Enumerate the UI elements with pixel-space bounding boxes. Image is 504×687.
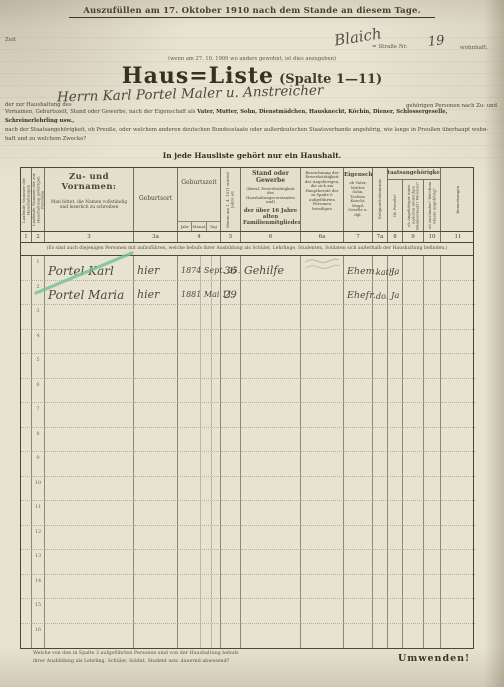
cell-age-handwriting: 36: [224, 266, 237, 277]
cell-remarks: [441, 599, 475, 624]
table-row: 7: [21, 403, 473, 428]
cell-workplace: [301, 330, 344, 355]
cell-other-state: [403, 428, 424, 453]
cell-prussian: [388, 452, 403, 477]
cell-occupation: [241, 403, 301, 428]
cell-age: [221, 599, 241, 624]
zeit-label: Zeit: [5, 37, 16, 43]
cell-remarks: [441, 379, 475, 404]
cell-relation: [344, 403, 373, 428]
cell-foreign: [424, 330, 441, 355]
cell-occupation: [241, 281, 301, 306]
cell-religion: [373, 501, 388, 526]
cell-household-no: [21, 550, 32, 575]
cell-foreign: [424, 501, 441, 526]
column-number: 4: [178, 232, 221, 242]
cell-occupation: Gehilfe: [241, 256, 301, 281]
cell-prussian: [388, 624, 403, 649]
cell-birthdate: [178, 624, 221, 649]
cell-workplace: [301, 379, 344, 404]
column-number: 8: [388, 232, 403, 242]
cell-foreign: [424, 354, 441, 379]
intro-line-1: der zur Haushaltung des Herrn Karl Porte…: [5, 97, 499, 108]
header-day: Tag: [207, 222, 220, 231]
cell-foreign: [424, 452, 441, 477]
header-birthdate-subcolumns: Jahr Monat Tag: [178, 221, 220, 231]
cell-religion: [373, 403, 388, 428]
table-row: 12: [21, 526, 473, 551]
intro-paragraph: der zur Haushaltung des Herrn Karl Porte…: [5, 97, 499, 144]
cell-birthdate: [178, 550, 221, 575]
cell-birthdate: [178, 599, 221, 624]
cell-birthplace: [134, 477, 178, 502]
cell-prussian: Ja: [388, 256, 403, 281]
cell-other-state: [403, 305, 424, 330]
header-birthdate: Geburtszeit Jahr Monat Tag: [178, 168, 221, 231]
cell-age: [221, 550, 241, 575]
cell-relation: [344, 428, 373, 453]
cell-religion: kath.: [373, 256, 388, 281]
table-body: 1Portel Karlhier1874 Sept. 25.36GehilfeE…: [20, 256, 474, 649]
table-row: 11: [21, 501, 473, 526]
cell-birthplace: [134, 550, 178, 575]
header-birthplace: Geburtsort: [134, 168, 178, 231]
handwritten-household-head: Herrn Karl Portel Maler u. Anstreicher: [57, 87, 324, 103]
intro-line-5: haft und zu welchem Zwecke?: [5, 135, 499, 144]
cell-person-no: 1: [32, 256, 45, 281]
cell-remarks: [441, 403, 475, 428]
cell-remarks: [441, 477, 475, 502]
cell-relation: [344, 452, 373, 477]
cell-relation: [344, 599, 373, 624]
top-instruction: Auszufüllen am 17. Oktober 1910 nach dem…: [0, 6, 504, 16]
cell-workplace: [301, 403, 344, 428]
cell-remarks: [441, 305, 475, 330]
cell-household-no: [21, 526, 32, 551]
table-header: Laufende Nummer der Haushaltungen Laufen…: [20, 167, 474, 231]
cell-birthdate: [178, 526, 221, 551]
cell-foreign: [424, 575, 441, 600]
cell-remarks: [441, 428, 475, 453]
cell-name-handwriting: Portel Maria: [48, 288, 124, 302]
cell-other-state: [403, 330, 424, 355]
header-religion-text: Religionsbekenntnis: [378, 179, 382, 219]
header-relation-title: Eigenschaft: [344, 172, 372, 178]
table-row: 5: [21, 354, 473, 379]
cell-person-no: 15: [32, 599, 45, 624]
cell-name: [45, 624, 134, 649]
cell-prussian: [388, 428, 403, 453]
cell-name: [45, 354, 134, 379]
cell-relation: Ehem.: [344, 256, 373, 281]
table-row: 8: [21, 428, 473, 453]
cell-religion: [373, 330, 388, 355]
cell-relation: [344, 624, 373, 649]
cell-other-state: [403, 575, 424, 600]
street-number-label: = Straße Nr.: [372, 44, 408, 50]
table-row: 9: [21, 452, 473, 477]
cell-relation: [344, 526, 373, 551]
cell-remarks: [441, 281, 475, 306]
scanned-census-form-page: Auszufüllen am 17. Oktober 1910 nach dem…: [0, 0, 504, 687]
handwritten-house-number: 19: [427, 33, 445, 50]
cell-occupation: [241, 305, 301, 330]
header-person-number-text: Laufende Nummer der zur Haushaltung gehö…: [32, 171, 44, 229]
cell-workplace: [301, 575, 344, 600]
cell-age: [221, 428, 241, 453]
footer-question-line2: ihrer Ausbildung als Lehrling, Schüler, …: [33, 658, 239, 666]
cell-other-state: [403, 256, 424, 281]
intro-tail: gehörigen Personen nach Zu- und: [406, 102, 497, 111]
cell-other-state: [403, 501, 424, 526]
cell-birthplace: [134, 403, 178, 428]
column-number: 11: [441, 232, 475, 242]
column-number: 7a: [373, 232, 388, 242]
cell-person-no: 12: [32, 526, 45, 551]
cell-occupation: [241, 599, 301, 624]
cell-name: [45, 305, 134, 330]
cell-person-no: 3: [32, 305, 45, 330]
cell-occupation: [241, 354, 301, 379]
one-household-rule: In jede Hausliste gehört nur ein Haushal…: [0, 151, 504, 160]
cell-remarks: [441, 550, 475, 575]
cell-prussian: [388, 501, 403, 526]
cell-birthdate: [178, 575, 221, 600]
cell-other-state: [403, 379, 424, 404]
cell-birthplace: [134, 354, 178, 379]
cell-age: [221, 330, 241, 355]
cell-occupation: [241, 379, 301, 404]
table-row: 16: [21, 624, 473, 649]
intro-line-3: Schreinerlehrling usw.,: [5, 117, 499, 126]
cell-birthplace: [134, 330, 178, 355]
cell-person-no: 4: [32, 330, 45, 355]
table-row: 1Portel Karlhier1874 Sept. 25.36GehilfeE…: [21, 256, 473, 281]
cell-name: [45, 452, 134, 477]
cell-birthplace: [134, 305, 178, 330]
cell-foreign: [424, 256, 441, 281]
header-prussian: Ob Preuße?: [388, 180, 403, 231]
cell-household-no: [21, 428, 32, 453]
cell-birthdate: [178, 477, 221, 502]
cell-prussian: [388, 403, 403, 428]
cell-foreign: [424, 550, 441, 575]
cell-person-no: 7: [32, 403, 45, 428]
cell-name-handwriting: Portel Karl: [48, 264, 114, 278]
cell-occupation: [241, 477, 301, 502]
cell-occupation: [241, 428, 301, 453]
cell-occupation: [241, 330, 301, 355]
cell-occupation: [241, 575, 301, 600]
cell-relation: [344, 379, 373, 404]
header-prussian-text: Ob Preuße?: [393, 194, 397, 217]
cell-remarks: [441, 330, 475, 355]
cell-foreign: [424, 379, 441, 404]
cell-foreign: [424, 403, 441, 428]
table-row: 13: [21, 550, 473, 575]
footer-question-line1: Welche von den in Spalte 3 aufgeführten …: [33, 650, 239, 658]
column-number: 6: [241, 232, 301, 242]
column-number: 10: [424, 232, 441, 242]
cell-other-state: [403, 403, 424, 428]
cell-relation-handwriting: Ehem.: [347, 266, 378, 277]
header-workplace: Bezeichnung der Erwerbstätigkeit der Ang…: [301, 168, 344, 231]
header-names-sub: Man bittet, die Namen vollständig und le…: [45, 200, 133, 210]
cell-religion: [373, 599, 388, 624]
house-list-table: Laufende Nummer der Haushaltungen Laufen…: [20, 167, 474, 649]
cell-age: 29: [221, 281, 241, 306]
header-names-title: Zu- und Vornamen:: [45, 173, 133, 193]
header-age-text: Waren am 1. 4. 1911 wieviel Jahre alt: [226, 171, 235, 229]
turn-over-label: Umwenden!: [398, 653, 470, 664]
header-foreigner-text: ob Ausländer? Welchem Staate angehörig?: [428, 180, 437, 231]
cell-name: [45, 575, 134, 600]
cell-religion: [373, 379, 388, 404]
intro-line-4: nach der Staatsangehörigkeit, ob Preuße,…: [5, 126, 499, 135]
cell-prussian: [388, 379, 403, 404]
cell-occupation: [241, 501, 301, 526]
cell-age: [221, 575, 241, 600]
cell-person-no: 2: [32, 281, 45, 306]
header-names: Zu- und Vornamen: Man bittet, die Namen …: [45, 168, 134, 231]
cell-age: [221, 477, 241, 502]
cell-religion: [373, 452, 388, 477]
cell-household-no: [21, 379, 32, 404]
cell-workplace: [301, 624, 344, 649]
cell-occupation-handwriting: Gehilfe: [244, 264, 284, 277]
cell-age: [221, 379, 241, 404]
cell-birthdate: [178, 354, 221, 379]
cell-birthplace: [134, 575, 178, 600]
cell-birthdate: [178, 305, 221, 330]
cell-other-state: [403, 354, 424, 379]
cell-relation: [344, 501, 373, 526]
header-occupation-sub: (Beruf, Erwerbstätigkeit des Haushaltung…: [243, 187, 298, 205]
cell-foreign: [424, 599, 441, 624]
cell-household-no: [21, 575, 32, 600]
header-occupation-bold: der über 16 Jahre alten Familienmitglied…: [243, 208, 298, 227]
cell-person-no: 10: [32, 477, 45, 502]
cell-occupation: [241, 550, 301, 575]
cell-relation: [344, 575, 373, 600]
cell-other-state: [403, 281, 424, 306]
cell-remarks: [441, 575, 475, 600]
header-household-number: Laufende Nummer der Haushaltungen: [21, 168, 32, 231]
cell-workplace: [301, 501, 344, 526]
cell-workplace: [301, 305, 344, 330]
column-numbers-row: 1233a4566a77a891011: [20, 231, 474, 243]
cell-religion: [373, 624, 388, 649]
header-citizenship-group: Staatsangehörigkeit: [388, 168, 441, 180]
column-number: 6a: [301, 232, 344, 242]
column-number: 7: [344, 232, 373, 242]
header-year: Jahr: [178, 222, 192, 231]
cell-household-no: [21, 330, 32, 355]
header-occupation: Stand oder Gewerbe (Beruf, Erwerbstätigk…: [241, 168, 301, 231]
cell-workplace: [301, 452, 344, 477]
cell-remarks: [441, 501, 475, 526]
header-relation: Eigenschaft ob Vater, Mutter, Sohn, Toch…: [344, 168, 373, 231]
cell-name: [45, 428, 134, 453]
cell-person-no: 6: [32, 379, 45, 404]
cell-workplace: [301, 428, 344, 453]
header-month: Monat: [192, 222, 206, 231]
cell-birthplace: hier: [134, 256, 178, 281]
cell-birthdate: 1881 Mai 11.: [178, 281, 221, 306]
cell-prussian: [388, 477, 403, 502]
cell-remarks: [441, 256, 475, 281]
cell-household-no: [21, 403, 32, 428]
cell-relation: [344, 477, 373, 502]
cell-remarks: [441, 526, 475, 551]
column-number: 3a: [134, 232, 178, 242]
cell-religion: do.: [373, 281, 388, 306]
cell-foreign: [424, 526, 441, 551]
table-row: 4: [21, 330, 473, 355]
cell-household-no: [21, 305, 32, 330]
cell-age: [221, 354, 241, 379]
cell-name: [45, 403, 134, 428]
header-religion: Religionsbekenntnis: [373, 168, 388, 231]
table-row: 10: [21, 477, 473, 502]
cell-remarks: [441, 452, 475, 477]
cell-household-no: [21, 624, 32, 649]
cell-age: [221, 501, 241, 526]
cell-religion: [373, 477, 388, 502]
cell-workplace: [301, 477, 344, 502]
table-row: 15: [21, 599, 473, 624]
previous-residence-note: (wenn am 27. 10. 1909 wo anders gewohnt,…: [0, 56, 504, 62]
cell-religion: [373, 526, 388, 551]
cell-birthplace: [134, 526, 178, 551]
header-occupation-title: Stand oder Gewerbe: [241, 171, 300, 185]
header-birthdate-title: Geburtszeit: [178, 180, 220, 221]
cell-birthdate: [178, 403, 221, 428]
cell-relation: [344, 550, 373, 575]
cell-person-no: 11: [32, 501, 45, 526]
header-birthplace-text: Geburtsort: [139, 196, 172, 203]
cell-prussian: [388, 550, 403, 575]
cell-occupation: [241, 624, 301, 649]
header-other-german-state-text: ob Angehöriger eines anderen deutschen B…: [407, 180, 420, 231]
cell-birthdate: [178, 501, 221, 526]
cell-relation: [344, 305, 373, 330]
cell-name: [45, 501, 134, 526]
header-relation-sub: ob Vater, Mutter, Sohn, Tochter, Knecht,…: [345, 181, 371, 217]
table-row: 14: [21, 575, 473, 600]
cell-birthplace-handwriting: hier: [137, 288, 159, 301]
cell-foreign: [424, 477, 441, 502]
cell-prussian: [388, 354, 403, 379]
table-inclusion-note: (Es sind auch diejenigen Personen mit au…: [20, 243, 474, 256]
header-age: Waren am 1. 4. 1911 wieviel Jahre alt: [221, 168, 241, 231]
cell-name: Portel Karl: [45, 256, 134, 281]
header-person-number: Laufende Nummer der zur Haushaltung gehö…: [32, 168, 45, 231]
cell-foreign: [424, 305, 441, 330]
cell-foreign: [424, 428, 441, 453]
column-number: 3: [45, 232, 134, 242]
cell-workplace: [301, 256, 344, 281]
cell-birthplace: [134, 379, 178, 404]
cell-age: [221, 403, 241, 428]
cell-name: [45, 477, 134, 502]
cell-name: [45, 330, 134, 355]
cell-workplace: [301, 281, 344, 306]
cell-age-handwriting: 29: [224, 290, 237, 301]
table-row: 6: [21, 379, 473, 404]
cell-occupation: [241, 452, 301, 477]
cell-birthdate: [178, 452, 221, 477]
cell-workplace: [301, 599, 344, 624]
header-household-number-text: Laufende Nummer der Haushaltungen: [22, 171, 31, 229]
cell-relation: Ehefr.: [344, 281, 373, 306]
header-remarks-text: Bemerkungen: [456, 186, 460, 214]
cell-birthplace: [134, 428, 178, 453]
cell-birthplace: [134, 624, 178, 649]
cell-age: [221, 452, 241, 477]
cell-birthdate: 1874 Sept. 25.: [178, 256, 221, 281]
intro-line3-bold: Schreinerlehrling usw.,: [5, 118, 74, 124]
cell-workplace: [301, 550, 344, 575]
cell-prussian: Ja: [388, 281, 403, 306]
cell-person-no: 14: [32, 575, 45, 600]
cell-religion: [373, 575, 388, 600]
cell-remarks: [441, 624, 475, 649]
cell-workplace: [301, 354, 344, 379]
cell-relation: [344, 354, 373, 379]
cell-person-no: 9: [32, 452, 45, 477]
cell-other-state: [403, 599, 424, 624]
table-row: 3: [21, 305, 473, 330]
column-number: 5: [221, 232, 241, 242]
table-row: 2Portel Mariahier1881 Mai 11.29Ehefr.do.…: [21, 281, 473, 306]
cell-workplace: [301, 526, 344, 551]
cell-household-no: [21, 477, 32, 502]
cell-age: [221, 305, 241, 330]
cell-other-state: [403, 477, 424, 502]
cell-birthdate: [178, 379, 221, 404]
cell-religion: [373, 354, 388, 379]
cell-household-no: [21, 256, 32, 281]
cell-relation: [344, 330, 373, 355]
cell-name: [45, 526, 134, 551]
column-number: 1: [21, 232, 32, 242]
cell-birthplace: [134, 452, 178, 477]
cell-prussian: [388, 575, 403, 600]
cell-household-no: [21, 354, 32, 379]
cell-relation-handwriting: Ehefr.: [347, 290, 376, 301]
cell-foreign: [424, 624, 441, 649]
cell-age: [221, 526, 241, 551]
cell-other-state: [403, 624, 424, 649]
cell-religion: [373, 550, 388, 575]
cell-other-state: [403, 452, 424, 477]
header-foreigner: ob Ausländer? Welchem Staate angehörig?: [424, 180, 441, 231]
cell-religion: [373, 305, 388, 330]
cell-household-no: [21, 452, 32, 477]
cell-occupation: [241, 526, 301, 551]
faint-pencil-note: [303, 257, 343, 277]
cell-name: [45, 599, 134, 624]
cell-remarks: [441, 354, 475, 379]
header-other-german-state: ob Angehöriger eines anderen deutschen B…: [403, 180, 424, 231]
cell-prussian: [388, 599, 403, 624]
cell-person-no: 16: [32, 624, 45, 649]
column-number: 2: [32, 232, 45, 242]
cell-household-no: [21, 501, 32, 526]
cell-name: [45, 550, 134, 575]
cell-other-state: [403, 550, 424, 575]
